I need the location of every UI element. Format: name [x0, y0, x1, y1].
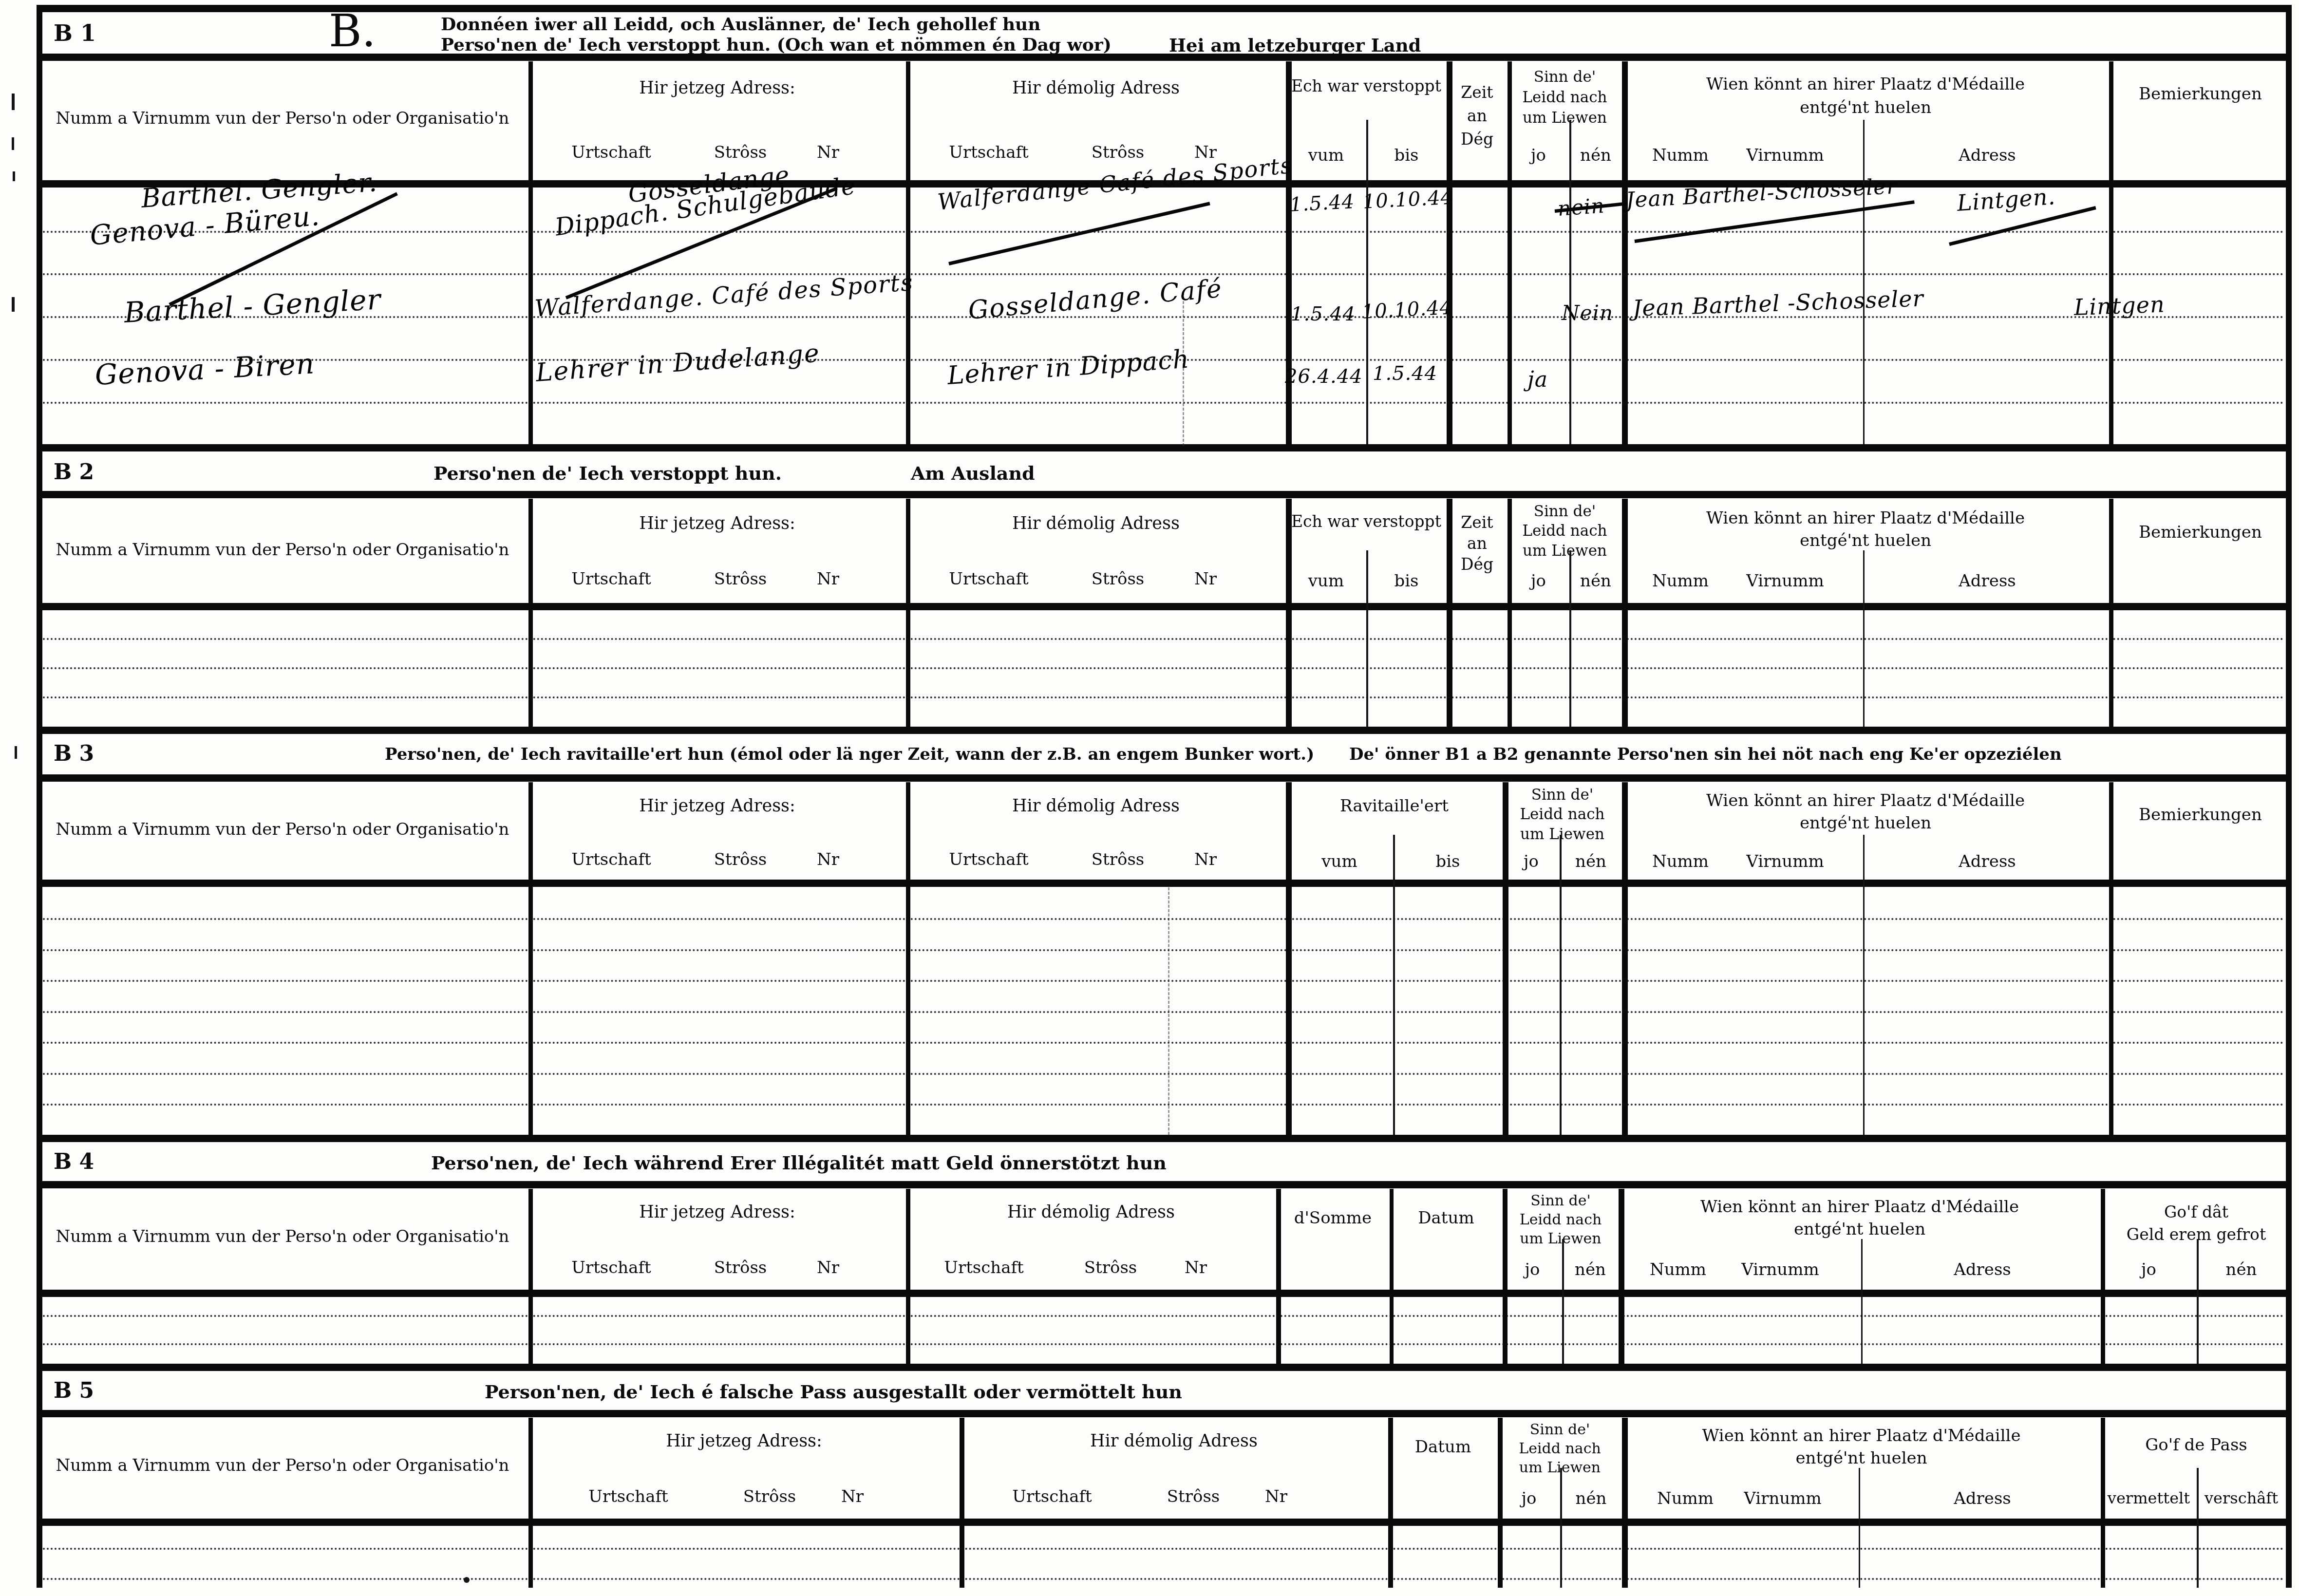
form-right-border	[2286, 5, 2292, 1588]
sinn-line3: um Liewen	[1503, 1229, 1619, 1248]
scan-speck	[12, 137, 14, 150]
b4-demolig-header: Hir démolig Adress	[906, 1202, 1276, 1223]
b4-gofgeld-header: Go'f dât Geld erem gefrot	[2101, 1201, 2292, 1246]
sinn-line2: Leidd nach	[1503, 1210, 1619, 1229]
b3-virnumm: Virnumm	[1734, 851, 1836, 872]
sinn-line2: Leidd nach	[1503, 805, 1622, 824]
b5-title-underline	[37, 1410, 2292, 1417]
hw-e2-vum2: 26.4.44	[1285, 365, 1363, 388]
sinn-line2: Leidd nach	[1498, 1439, 1622, 1458]
b3-name-header: Numm a Virnumm vun der Perso'n oder Orga…	[37, 819, 528, 840]
scanned-form-page: B 1 B. Donnéen iwer all Leidd, och Auslä…	[0, 0, 2299, 1596]
sinn-line1: Sinn de'	[1498, 1420, 1622, 1439]
b3-divider-sinn-wien	[1622, 782, 1628, 1135]
b1-divider-jetzeg-demolig	[906, 61, 910, 444]
b4-gofgeld-nen: nén	[2197, 1259, 2286, 1280]
b3-adress: Adress	[1936, 851, 2038, 872]
ruled-line	[43, 667, 2285, 669]
ruled-line	[43, 638, 2285, 640]
b3-bemierkungen: Bemierkungen	[2109, 805, 2292, 826]
b5-colhead-underline	[37, 1519, 2292, 1526]
b2-zeit-header: Zeit an Dég	[1447, 512, 1508, 575]
scan-speck	[464, 1577, 470, 1583]
section-b5-title: Person'nen, de' Iech é falsche Pass ausg…	[485, 1380, 1182, 1404]
b4-adress: Adress	[1931, 1259, 2034, 1280]
b3-numm: Numm	[1639, 851, 1722, 872]
b4-title-underline	[37, 1181, 2292, 1188]
b5-demolig-stross: Strôss	[1147, 1486, 1240, 1507]
b2-bis: bis	[1366, 571, 1447, 592]
b2-sinn-header: Sinn de' Leidd nach um Liewen	[1508, 502, 1622, 561]
b3-divider-jetzeg-demolig	[906, 782, 910, 1135]
b3-demolig-nr: Nr	[1179, 849, 1232, 870]
wien-line1: Wien könnt an hirer Plaatz d'Médaille	[1622, 1425, 2101, 1447]
b4-demolig-nr: Nr	[1169, 1258, 1223, 1278]
b3-subdivider-jo-nen	[1560, 835, 1562, 1135]
ruled-line	[43, 1343, 2285, 1345]
sinn-line3: um Liewen	[1503, 825, 1622, 844]
gofgeld-line1: Go'f dât	[2101, 1201, 2292, 1223]
b1-subdivider-virnumm-adress	[1863, 120, 1865, 444]
section-b3-title: Perso'nen, de' Iech ravitaille'ert hun (…	[385, 744, 1314, 765]
b1-demolig-urtschaft: Urtschaft	[938, 142, 1040, 163]
strike-mark-demolig	[948, 202, 1210, 265]
b2-adress: Adress	[1936, 571, 2038, 592]
b2-bottom-border	[37, 727, 2292, 734]
b3-colhead-underline	[37, 880, 2292, 887]
section-b4-title: Perso'nen, de' Iech während Erer Illégal…	[431, 1151, 1167, 1175]
ruled-line	[43, 1104, 2285, 1106]
zeit-line3: Dég	[1447, 554, 1508, 575]
b5-jetzeg-nr: Nr	[826, 1486, 879, 1507]
wien-line2: entgé'nt huelen	[1622, 812, 2109, 835]
b3-jetzeg-header: Hir jetzeg Adress:	[528, 796, 906, 817]
sinn-line1: Sinn de'	[1508, 502, 1622, 521]
b5-jetzeg-stross: Strôss	[723, 1486, 816, 1507]
b4-jetzeg-header: Hir jetzeg Adress:	[528, 1202, 906, 1223]
b2-bemierkungen: Bemierkungen	[2109, 522, 2292, 543]
hw-e1-bis: 10.10.44	[1362, 186, 1454, 213]
b2-jetzeg-nr: Nr	[801, 569, 855, 590]
b1-verstoppt-header: Ech war verstoppt	[1286, 76, 1447, 96]
b4-name-header: Numm a Virnumm vun der Perso'n oder Orga…	[37, 1226, 528, 1247]
b3-jetzeg-urtschaft: Urtschaft	[560, 849, 662, 870]
b4-demolig-stross: Strôss	[1064, 1258, 1157, 1278]
hw-e2-name-line2: Genova - Biren	[94, 347, 315, 392]
ruled-line	[43, 949, 2285, 951]
hw-e1-wien-adress: Lintgen.	[1956, 183, 2056, 216]
b2-colhead-underline	[37, 603, 2292, 610]
b5-wien-header: Wien könnt an hirer Plaatz d'Médaille en…	[1622, 1425, 2101, 1470]
zeit-line1: Zeit	[1447, 81, 1508, 104]
b4-demolig-urtschaft: Urtschaft	[933, 1258, 1035, 1278]
b1-jetzeg-stross: Strôss	[694, 142, 787, 163]
hw-e2-jetzeg-line1: Walferdange. Café des Sports	[534, 269, 914, 322]
b3-divider-wien-bemierkungen	[2109, 782, 2113, 1135]
b4-jetzeg-urtschaft: Urtschaft	[560, 1258, 662, 1278]
b3-jetzeg-nr: Nr	[801, 849, 855, 870]
b3-jo: jo	[1503, 851, 1560, 872]
section-b2-subtitle: Am Ausland	[911, 462, 1035, 485]
wien-line2: entgé'nt huelen	[1619, 1219, 2101, 1241]
scan-speck	[12, 297, 15, 312]
section-b2-label: B 2	[54, 459, 94, 486]
b1-demolig-header: Hir démolig Adress	[906, 78, 1286, 99]
b2-vum: vum	[1286, 571, 1366, 592]
sinn-line2: Leidd nach	[1508, 521, 1622, 541]
hw-e2-bis1: 10.10.44	[1361, 296, 1453, 323]
b3-title-underline	[37, 774, 2292, 782]
b3-demolig-header: Hir démolig Adress	[906, 796, 1286, 817]
ruled-line	[43, 402, 2285, 404]
ruled-line	[43, 918, 2285, 920]
b1-divider-wien-bemierkungen	[2109, 61, 2113, 444]
b5-gofpass-header: Go'f de Pass	[2101, 1435, 2292, 1456]
b2-title-underline	[37, 491, 2292, 498]
hw-e2-vum1: 1.5.44	[1291, 303, 1356, 325]
b1-bottom-border	[37, 444, 2292, 451]
sinn-line3: um Liewen	[1508, 108, 1622, 129]
zeit-line1: Zeit	[1447, 512, 1508, 533]
b1-wien-header: Wien könnt an hirer Plaatz d'Médaille en…	[1622, 73, 2109, 119]
b1-virnumm: Virnumm	[1734, 145, 1836, 166]
b1-subdivider-jo-nen	[1569, 120, 1571, 444]
b4-nen: nén	[1562, 1259, 1619, 1280]
b1-bis: bis	[1366, 145, 1447, 166]
zeit-line2: an	[1447, 533, 1508, 554]
scan-speck	[15, 746, 17, 759]
b4-jo: jo	[1503, 1259, 1562, 1280]
zeit-line2: an	[1447, 104, 1508, 128]
b1-name-header: Numm a Virnumm vun der Perso'n oder Orga…	[37, 108, 528, 129]
form-part-letter: B.	[329, 3, 376, 59]
b4-wien-header: Wien könnt an hirer Plaatz d'Médaille en…	[1619, 1196, 2101, 1241]
b5-jetzeg-header: Hir jetzeg Adress:	[528, 1431, 960, 1452]
b1-divider-name-jetzeg	[528, 61, 533, 444]
b2-jetzeg-stross: Strôss	[694, 569, 787, 590]
b2-demolig-nr: Nr	[1179, 569, 1232, 590]
wien-line1: Wien könnt an hirer Plaatz d'Médaille	[1619, 1196, 2101, 1219]
section-b3-title2: De' önner B1 a B2 genannte Perso'nen sin…	[1349, 744, 2062, 765]
ruled-line	[43, 696, 2285, 698]
hw-e2-name-line1: Barthel - Gengler	[123, 282, 382, 329]
wien-line1: Wien könnt an hirer Plaatz d'Médaille	[1622, 507, 2109, 530]
b5-jetzeg-urtschaft: Urtschaft	[577, 1486, 679, 1507]
ruled-line	[43, 316, 2285, 318]
sinn-line3: um Liewen	[1498, 1458, 1622, 1477]
b1-nen: nén	[1569, 145, 1622, 166]
b1-sinn-header: Sinn de' Leidd nach um Liewen	[1508, 67, 1622, 129]
b1-bemierkungen: Bemierkungen	[2109, 84, 2292, 105]
b2-jetzeg-urtschaft: Urtschaft	[560, 569, 662, 590]
b1-adress: Adress	[1936, 145, 2038, 166]
ruled-line	[43, 1073, 2285, 1075]
b1-jo: jo	[1508, 145, 1569, 166]
wien-line2: entgé'nt huelen	[1622, 530, 2109, 552]
b2-wien-header: Wien könnt an hirer Plaatz d'Médaille en…	[1622, 507, 2109, 552]
form-header-line1: Donnéen iwer all Leidd, och Auslänner, d…	[441, 14, 1040, 36]
ruled-line	[43, 1042, 2285, 1044]
b5-vermettelt: vermettelt	[2101, 1488, 2197, 1508]
wien-line1: Wien könnt an hirer Plaatz d'Médaille	[1622, 73, 2109, 96]
form-left-border	[37, 5, 42, 1588]
b1-jetzeg-nr: Nr	[801, 142, 855, 163]
b2-divider-demolig-verstoppt	[1286, 499, 1292, 727]
b3-wien-header: Wien könnt an hirer Plaatz d'Médaille en…	[1622, 790, 2109, 835]
b5-jo: jo	[1498, 1488, 1560, 1509]
zeit-line3: Dég	[1447, 128, 1508, 151]
b5-demolig-header: Hir démolig Adress	[960, 1431, 1388, 1452]
b3-demolig-urtschaft: Urtschaft	[938, 849, 1040, 870]
b1-vum: vum	[1286, 145, 1366, 166]
b4-sinn-header: Sinn de' Leidd nach um Liewen	[1503, 1191, 1619, 1248]
b5-numm: Numm	[1644, 1488, 1727, 1509]
paper-crease	[1168, 887, 1169, 1135]
hw-e2-jetzeg-line2: Lehrer in Dudelange	[535, 338, 821, 388]
b5-datum-header: Datum	[1388, 1437, 1498, 1458]
b4-jetzeg-stross: Strôss	[694, 1258, 787, 1278]
b4-jetzeg-nr: Nr	[801, 1258, 855, 1278]
sinn-line1: Sinn de'	[1503, 1191, 1619, 1210]
b2-jo: jo	[1508, 571, 1569, 592]
b2-jetzeg-header: Hir jetzeg Adress:	[528, 513, 906, 535]
wien-line1: Wien könnt an hirer Plaatz d'Médaille	[1622, 790, 2109, 812]
b2-verstoppt-header: Ech war verstoppt	[1286, 511, 1447, 531]
b1-subdivider-vum-bis	[1366, 120, 1368, 444]
b4-gofgeld-jo: jo	[2101, 1259, 2197, 1280]
b4-colhead-underline	[37, 1290, 2292, 1297]
ruled-line	[43, 1548, 2285, 1550]
b3-divider-name-jetzeg	[528, 782, 533, 1135]
b5-subdivider-virnumm-adress	[1859, 1468, 1860, 1588]
hw-e2-jo2: ja	[1527, 367, 1548, 392]
b5-virnumm: Virnumm	[1732, 1488, 1834, 1509]
b2-demolig-header: Hir démolig Adress	[906, 513, 1286, 535]
b5-demolig-urtschaft: Urtschaft	[1001, 1486, 1103, 1507]
hw-e2-demolig-line2: Lehrer in Dippach	[946, 344, 1190, 391]
ruled-line	[43, 273, 2285, 275]
hw-e2-wien-adress: Lintgen	[2073, 291, 2165, 320]
section-b1-label: B 1	[54, 19, 96, 48]
form-header-line2-right: Hei am letzeburger Land	[1169, 34, 1421, 56]
b3-bis: bis	[1393, 851, 1503, 872]
b5-demolig-nr: Nr	[1249, 1486, 1303, 1507]
b3-ravitailleert-header: Ravitaille'ert	[1286, 796, 1503, 817]
b1-demolig-stross: Strôss	[1072, 142, 1164, 163]
b2-demolig-urtschaft: Urtschaft	[938, 569, 1040, 590]
scan-speck	[13, 171, 15, 181]
gofgeld-line2: Geld erem gefrot	[2101, 1223, 2292, 1246]
hw-e1-wien-name: Jean Barthel-Schosseler	[1625, 174, 1898, 213]
section-b4-label: B 4	[54, 1148, 94, 1175]
b3-nen: nén	[1560, 851, 1622, 872]
b5-sinn-header: Sinn de' Leidd nach um Liewen	[1498, 1420, 1622, 1477]
b3-bottom-border	[37, 1135, 2292, 1142]
b5-subdivider-vermettelt-verschaft	[2197, 1468, 2199, 1588]
b4-numm: Numm	[1637, 1259, 1719, 1280]
form-header-line2: Perso'nen de' Iech verstoppt hun. (Och w…	[441, 34, 1112, 56]
hw-e2-bis2: 1.5.44	[1373, 362, 1437, 385]
sinn-line1: Sinn de'	[1508, 67, 1622, 88]
sinn-line1: Sinn de'	[1503, 785, 1622, 805]
section-b2-title: Perso'nen de' Iech verstoppt hun.	[433, 462, 782, 485]
b3-demolig-stross: Strôss	[1072, 849, 1164, 870]
b1-zeit-header: Zeit an Dég	[1447, 81, 1508, 151]
b2-numm: Numm	[1639, 571, 1722, 592]
b4-dsomme-header: d'Somme	[1276, 1208, 1390, 1229]
section-b3-label: B 3	[54, 740, 94, 767]
section-b5-label: B 5	[54, 1377, 94, 1404]
ruled-line	[43, 980, 2285, 982]
b1-jetzeg-header: Hir jetzeg Adress:	[528, 78, 906, 99]
b2-name-header: Numm a Virnumm vun der Perso'n oder Orga…	[37, 540, 528, 561]
b3-vum: vum	[1286, 851, 1393, 872]
b5-name-header: Numm a Virnumm vun der Perso'n oder Orga…	[37, 1455, 528, 1476]
wien-line2: entgé'nt huelen	[1622, 1447, 2101, 1470]
b3-sinn-header: Sinn de' Leidd nach um Liewen	[1503, 785, 1622, 844]
b1-jetzeg-urtschaft: Urtschaft	[560, 142, 662, 163]
sinn-line2: Leidd nach	[1508, 88, 1622, 108]
wien-line2: entgé'nt huelen	[1622, 96, 2109, 120]
b3-jetzeg-stross: Strôss	[694, 849, 787, 870]
b2-demolig-stross: Strôss	[1072, 569, 1164, 590]
b4-virnumm: Virnumm	[1729, 1259, 1831, 1280]
b2-nen: nén	[1569, 571, 1622, 592]
b5-nen: nén	[1560, 1488, 1622, 1509]
b4-datum-header: Datum	[1390, 1208, 1503, 1229]
ruled-line	[43, 231, 2285, 233]
hw-e1-vum: 1.5.44	[1289, 190, 1355, 216]
b2-virnumm: Virnumm	[1734, 571, 1836, 592]
ruled-line	[43, 1011, 2285, 1013]
b5-subdivider-jo-nen	[1560, 1468, 1562, 1588]
ruled-line	[43, 1578, 2285, 1580]
b4-bottom-border	[37, 1364, 2292, 1371]
b1-numm: Numm	[1639, 145, 1722, 166]
b5-verschaft: verschâft	[2197, 1488, 2286, 1508]
b3-subdivider-virnumm-adress	[1863, 835, 1865, 1135]
b3-divider-demolig-ravitailleert	[1286, 782, 1292, 1135]
ruled-line	[43, 1315, 2285, 1317]
b5-adress: Adress	[1931, 1488, 2034, 1509]
b3-subdivider-vum-bis	[1393, 835, 1395, 1135]
hw-e2-nen1: Nein	[1562, 301, 1613, 325]
sinn-line3: um Liewen	[1508, 541, 1622, 561]
scan-speck	[12, 94, 15, 110]
